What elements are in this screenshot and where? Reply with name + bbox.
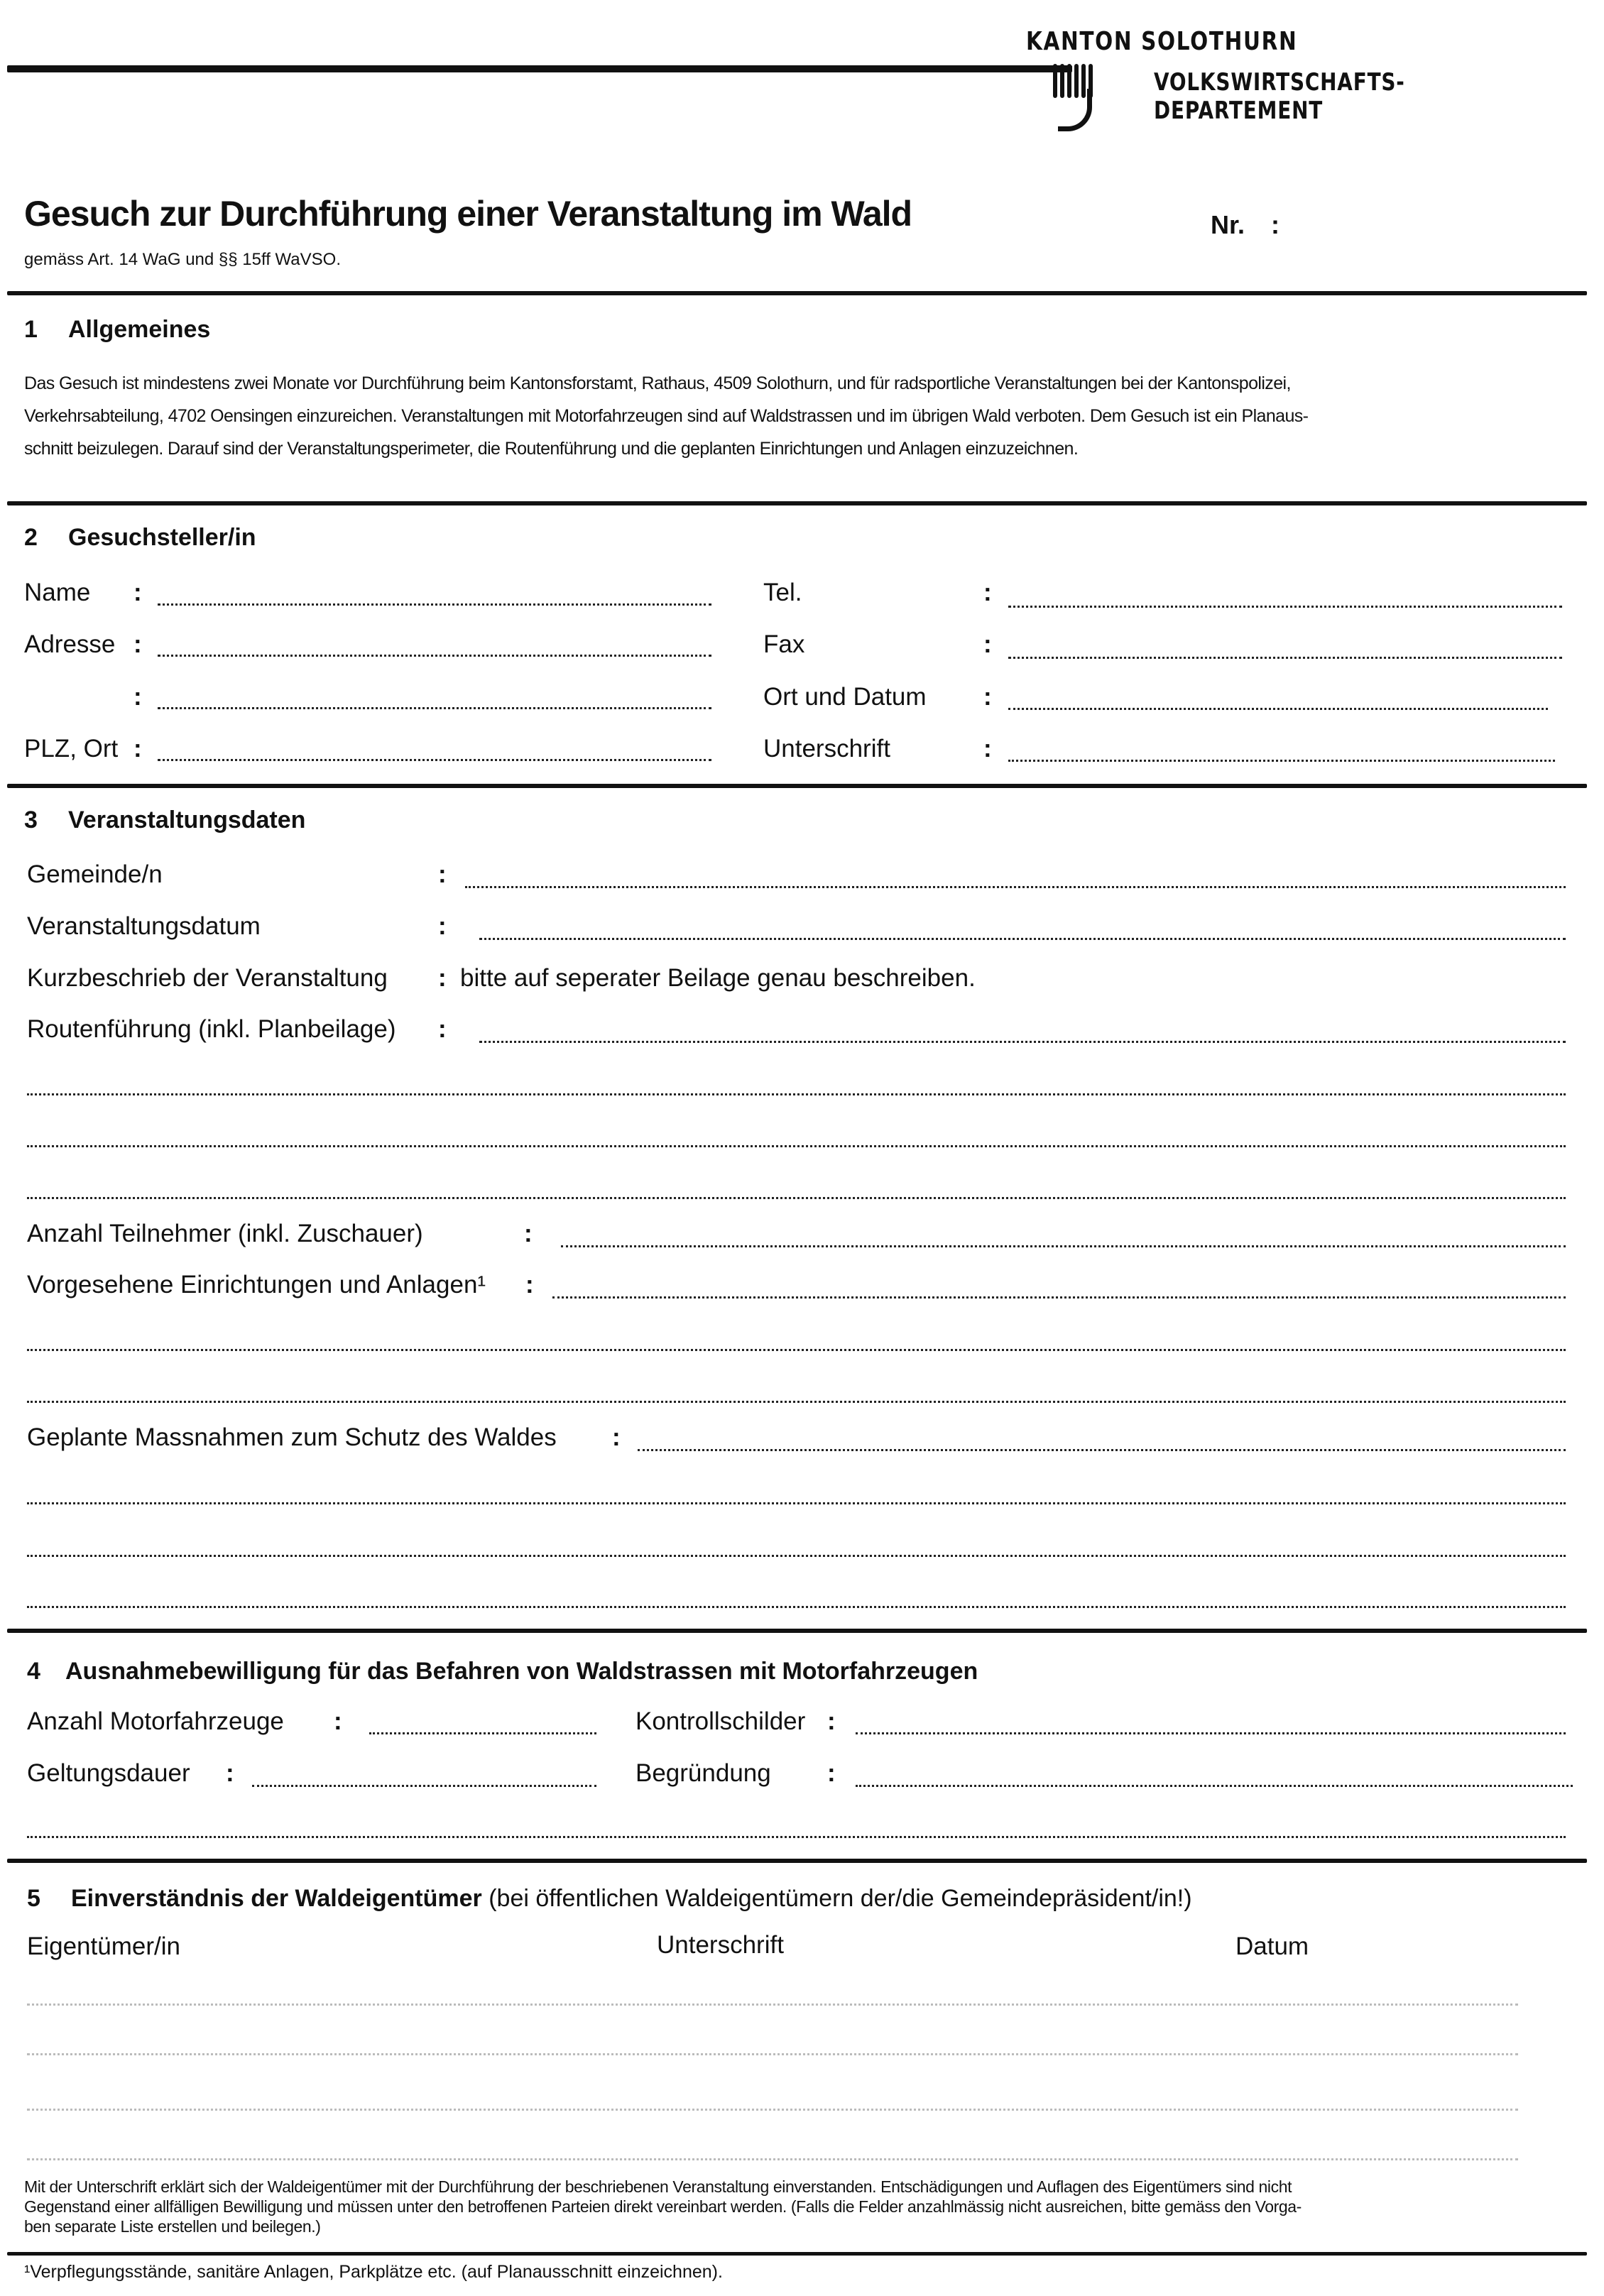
anzahl-motorfahrzeuge-label: Anzahl Motorfahrzeuge xyxy=(27,1707,284,1736)
consent-row-4[interactable] xyxy=(27,2158,1518,2160)
colon: : xyxy=(133,579,142,607)
note-line: ben separate Liste erstellen und beilege… xyxy=(24,2216,1593,2236)
nr-field[interactable] xyxy=(1299,237,1463,239)
massnahmen-field[interactable] xyxy=(638,1449,1566,1451)
colon: : xyxy=(438,860,447,889)
form-title: Gesuch zur Durchführung einer Veranstalt… xyxy=(24,193,912,234)
section-1-text: Das Gesuch ist mindestens zwei Monate vo… xyxy=(24,367,1600,465)
footnote-divider xyxy=(7,2252,1587,2256)
owner-column-header: Eigentümer/in xyxy=(27,1933,180,1961)
gemeinde-label: Gemeinde/n xyxy=(27,860,163,889)
colon: : xyxy=(612,1423,621,1452)
signature-label: Unterschrift xyxy=(763,735,890,763)
date-column-header: Datum xyxy=(1235,1933,1309,1961)
note-line: Gegenstand einer allfälligen Bewilligung… xyxy=(24,2197,1593,2216)
colon: : xyxy=(524,1220,533,1248)
routenfuehrung-line-3[interactable] xyxy=(27,1145,1566,1147)
colon: : xyxy=(983,630,992,659)
section-title: Einverständnis der Waldeigentümer xyxy=(71,1885,482,1912)
begruendung-field[interactable] xyxy=(856,1785,1573,1787)
colon: : xyxy=(133,683,142,711)
section-number: 2 xyxy=(24,524,68,552)
name-label: Name xyxy=(24,579,90,607)
section-4-heading: 4Ausnahmebewilligung für das Befahren vo… xyxy=(27,1658,978,1685)
nr-label: Nr. xyxy=(1211,210,1245,240)
colon: : xyxy=(983,579,992,607)
address-label: Adresse xyxy=(24,630,115,659)
einrichtungen-line-2[interactable] xyxy=(27,1349,1566,1351)
colon: : xyxy=(133,630,142,659)
einrichtungen-field[interactable] xyxy=(552,1296,1566,1299)
section-3-heading: 3Veranstaltungsdaten xyxy=(24,807,305,834)
routenfuehrung-field[interactable] xyxy=(479,1041,1566,1043)
section-2-heading: 2Gesuchsteller/in xyxy=(24,524,256,552)
section-divider xyxy=(7,1629,1587,1633)
colon: : xyxy=(133,735,142,763)
geltungsdauer-label: Geltungsdauer xyxy=(27,1759,190,1788)
colon: : xyxy=(438,912,447,941)
canton-name: KANTON SOLOTHURN xyxy=(1026,27,1297,56)
section-number: 3 xyxy=(24,807,68,834)
plz-ort-label: PLZ, Ort xyxy=(24,735,118,763)
department-name: VOLKSWIRTSCHAFTS-DEPARTEMENT xyxy=(1154,68,1523,125)
section-title: Ausnahmebewilligung für das Befahren von… xyxy=(65,1658,978,1685)
section-divider xyxy=(7,291,1587,295)
consent-row-1[interactable] xyxy=(27,2003,1518,2006)
address-field-2[interactable] xyxy=(158,707,711,709)
routenfuehrung-line-2[interactable] xyxy=(27,1093,1566,1095)
kurzbeschrieb-label: Kurzbeschrieb der Veranstaltung xyxy=(27,964,388,993)
teilnehmer-field[interactable] xyxy=(561,1245,1566,1247)
text-line: Das Gesuch ist mindestens zwei Monate vo… xyxy=(24,367,1600,400)
tel-label: Tel. xyxy=(763,579,802,607)
colon: : xyxy=(525,1271,534,1299)
header-rule xyxy=(7,65,1072,72)
plz-ort-field[interactable] xyxy=(158,759,711,761)
fax-label: Fax xyxy=(763,630,804,659)
veranstaltungsdatum-field[interactable] xyxy=(479,938,1566,940)
ort-datum-label: Ort und Datum xyxy=(763,683,927,711)
einrichtungen-line-3[interactable] xyxy=(27,1401,1566,1403)
gemeinde-field[interactable] xyxy=(465,886,1566,888)
begruendung-label: Begründung xyxy=(635,1759,771,1788)
address-field-1[interactable] xyxy=(158,655,711,657)
colon: : xyxy=(983,735,992,763)
colon: : xyxy=(827,1707,836,1736)
colon: : xyxy=(226,1759,234,1788)
kontrollschilder-label: Kontrollschilder xyxy=(635,1707,805,1736)
geltungsdauer-field[interactable] xyxy=(252,1785,596,1787)
footnote: ¹Verpflegungsstände, sanitäre Anlagen, P… xyxy=(24,2262,723,2283)
colon: : xyxy=(438,964,447,993)
text-line: Verkehrsabteilung, 4702 Oensingen einzur… xyxy=(24,400,1600,432)
section-title: Gesuchsteller/in xyxy=(68,524,256,551)
section-divider xyxy=(7,1859,1587,1863)
routenfuehrung-line-4[interactable] xyxy=(27,1197,1566,1199)
text-line: schnitt beizulegen. Darauf sind der Vera… xyxy=(24,432,1600,465)
section-title: Veranstaltungsdaten xyxy=(68,807,305,833)
teilnehmer-label: Anzahl Teilnehmer (inkl. Zuschauer) xyxy=(27,1220,423,1248)
form-subtitle: gemäss Art. 14 WaG und §§ 15ff WaVSO. xyxy=(24,250,341,270)
section-divider xyxy=(7,501,1587,505)
section-divider xyxy=(7,784,1587,788)
section-number: 1 xyxy=(24,316,68,344)
consent-row-3[interactable] xyxy=(27,2109,1518,2111)
massnahmen-line-2[interactable] xyxy=(27,1502,1566,1504)
colon: : xyxy=(983,683,992,711)
signature-field[interactable] xyxy=(1008,760,1555,762)
massnahmen-label: Geplante Massnahmen zum Schutz des Walde… xyxy=(27,1423,557,1452)
colon: : xyxy=(827,1759,836,1788)
veranstaltungsdatum-label: Veranstaltungsdatum xyxy=(27,912,261,941)
section-title: Allgemeines xyxy=(68,316,210,343)
section-number: 4 xyxy=(27,1658,65,1685)
section-title-note: (bei öffentlichen Waldeigentümern der/di… xyxy=(489,1885,1191,1912)
ort-datum-field[interactable] xyxy=(1008,708,1548,710)
anzahl-motorfahrzeuge-field[interactable] xyxy=(369,1732,596,1734)
consent-row-2[interactable] xyxy=(27,2053,1518,2055)
section-5-heading: 5Einverständnis der Waldeigentümer (bei … xyxy=(27,1885,1192,1913)
kurzbeschrieb-instruction: bitte auf seperater Beilage genau beschr… xyxy=(460,964,976,993)
begruendung-line-2[interactable] xyxy=(27,1836,1566,1838)
consent-note: Mit der Unterschrift erklärt sich der Wa… xyxy=(24,2177,1593,2236)
section-number: 5 xyxy=(27,1885,71,1913)
routenfuehrung-label: Routenführung (inkl. Planbeilage) xyxy=(27,1015,396,1044)
massnahmen-line-4[interactable] xyxy=(27,1606,1566,1608)
logo-hook-icon xyxy=(1058,89,1092,131)
kontrollschilder-field[interactable] xyxy=(856,1732,1566,1734)
signature-column-header: Unterschrift xyxy=(657,1931,784,1959)
section-1-heading: 1Allgemeines xyxy=(24,316,210,344)
colon: : xyxy=(438,1015,447,1044)
name-field[interactable] xyxy=(158,603,711,606)
fax-field[interactable] xyxy=(1008,657,1562,659)
einrichtungen-label: Vorgesehene Einrichtungen und Anlagen¹ xyxy=(27,1271,486,1299)
colon: : xyxy=(334,1707,342,1736)
nr-colon: : xyxy=(1271,210,1280,240)
note-line: Mit der Unterschrift erklärt sich der Wa… xyxy=(24,2177,1593,2197)
massnahmen-line-3[interactable] xyxy=(27,1555,1566,1557)
tel-field[interactable] xyxy=(1008,606,1562,608)
